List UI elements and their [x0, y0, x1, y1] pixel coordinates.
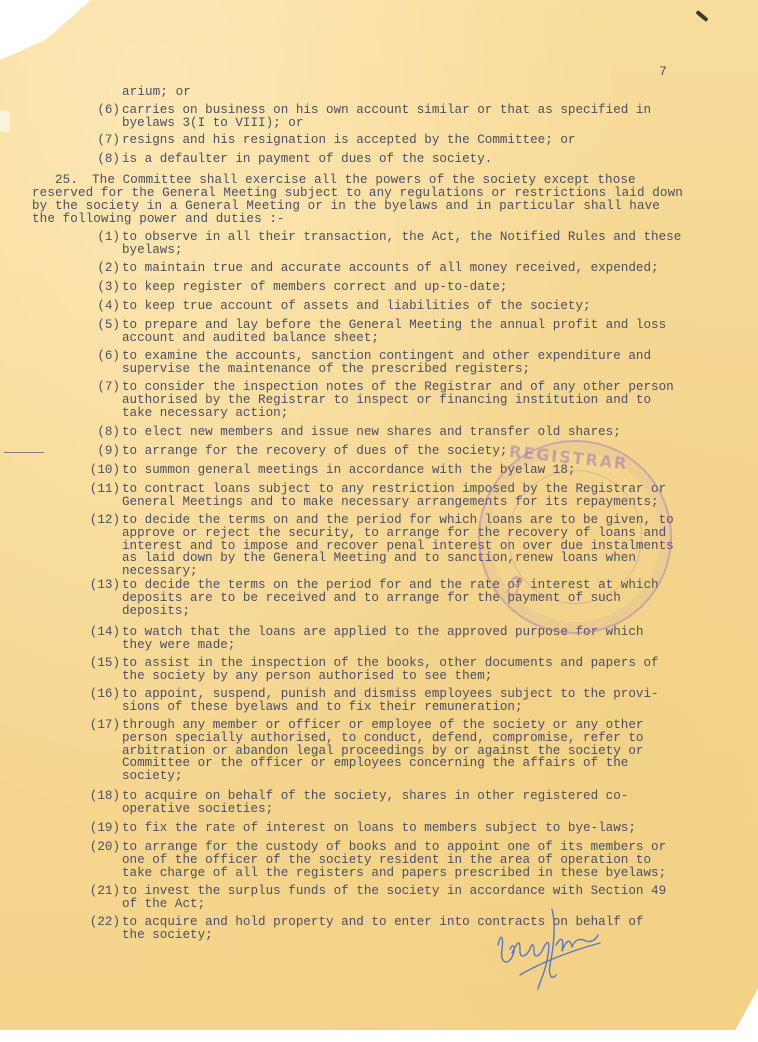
section-25-intro-line-2: reserved for the General Meeting subject… — [32, 187, 683, 200]
item-number: (7) — [84, 381, 120, 394]
list-item: (14)to watch that the loans are applied … — [122, 626, 722, 652]
list-item: (15)to assist in the inspection of the b… — [122, 657, 722, 683]
section-25-intro-line-3: by the society in a General Meeting or i… — [32, 200, 660, 213]
list-item: (6)carries on business on his own accoun… — [122, 104, 722, 130]
list-item: (19)to fix the rate of interest on loans… — [122, 822, 722, 835]
list-item: (13)to decide the terms on the period fo… — [122, 579, 722, 617]
page-number: 7 — [659, 64, 667, 79]
list-item: (22)to acquire and hold property and to … — [122, 916, 722, 942]
signature-icon — [490, 905, 620, 995]
list-item: (8)to elect new members and issue new sh… — [122, 426, 722, 439]
item-number: (10) — [84, 464, 120, 477]
item-text: to watch that the loans are applied to t… — [122, 626, 722, 652]
list-item: (2)to maintain true and accurate account… — [122, 262, 722, 275]
item-text: to maintain true and accurate accounts o… — [122, 262, 722, 275]
list-item: (12)to decide the terms on and the perio… — [122, 514, 722, 578]
item-number: (1) — [84, 231, 120, 244]
item-text: to keep register of members correct and … — [122, 281, 722, 294]
document-page: 7 arium; or (6)carries on business on hi… — [0, 0, 758, 1030]
item-text: to summon general meetings in accordance… — [122, 464, 722, 477]
item-number: (21) — [84, 885, 120, 898]
item-number: (3) — [84, 281, 120, 294]
item-text: to arrange for the recovery of dues of t… — [122, 445, 722, 458]
list-item: (11)to contract loans subject to any res… — [122, 483, 722, 509]
paper-tear — [0, 110, 10, 132]
item-number: (12) — [84, 514, 120, 527]
item-number: (13) — [84, 579, 120, 592]
list-item: (17)through any member or officer or emp… — [122, 719, 722, 783]
item-text: to prepare and lay before the General Me… — [122, 319, 722, 345]
item-text: resigns and his resignation is accepted … — [122, 134, 722, 147]
item-number: (19) — [84, 822, 120, 835]
item-number: (8) — [84, 153, 120, 166]
item-text: to assist in the inspection of the books… — [122, 657, 722, 683]
item-number: (17) — [84, 719, 120, 732]
item-text: to examine the accounts, sanction contin… — [122, 350, 722, 376]
item-number: (18) — [84, 790, 120, 803]
continuation-fragment: arium; or — [122, 86, 191, 99]
list-item: (16)to appoint, suspend, punish and dism… — [122, 688, 722, 714]
item-text: to consider the inspection notes of the … — [122, 381, 722, 419]
item-number: (16) — [84, 688, 120, 701]
item-number: (8) — [84, 426, 120, 439]
item-text: to decide the terms on and the period fo… — [122, 514, 722, 578]
list-item: (21)to invest the surplus funds of the s… — [122, 885, 722, 911]
item-text: to appoint, suspend, punish and dismiss … — [122, 688, 722, 714]
item-text: to acquire on behalf of the society, sha… — [122, 790, 722, 816]
list-item: (20)to arrange for the custody of books … — [122, 841, 722, 879]
list-item: (10)to summon general meetings in accord… — [122, 464, 722, 477]
staple-mark-icon — [695, 10, 708, 22]
list-item: (8)is a defaulter in payment of dues of … — [122, 153, 722, 166]
item-number: (14) — [84, 626, 120, 639]
item-number: (11) — [84, 483, 120, 496]
item-text: to observe in all their transaction, the… — [122, 231, 722, 257]
item-text: to decide the terms on the period for an… — [122, 579, 722, 617]
item-text: to acquire and hold property and to ente… — [122, 916, 722, 942]
item-number: (4) — [84, 300, 120, 313]
item-number: (5) — [84, 319, 120, 332]
item-number: (2) — [84, 262, 120, 275]
item-text: to invest the surplus funds of the socie… — [122, 885, 722, 911]
list-item: (9)to arrange for the recovery of dues o… — [122, 445, 722, 458]
section-25-intro-line-4: the following power and duties :- — [32, 213, 285, 226]
item-text: to keep true account of assets and liabi… — [122, 300, 722, 313]
item-number: (6) — [84, 104, 120, 117]
list-item: (4)to keep true account of assets and li… — [122, 300, 722, 313]
item-text: carries on business on his own account s… — [122, 104, 722, 130]
list-item: (7)to consider the inspection notes of t… — [122, 381, 722, 419]
item-text: to fix the rate of interest on loans to … — [122, 822, 722, 835]
list-item: (6)to examine the accounts, sanction con… — [122, 350, 722, 376]
item-text: to contract loans subject to any restric… — [122, 483, 722, 509]
item-number: (7) — [84, 134, 120, 147]
item-number: (9) — [84, 445, 120, 458]
list-item: (18)to acquire on behalf of the society,… — [122, 790, 722, 816]
section-25-intro-line-1: The Committee shall exercise all the pow… — [92, 174, 636, 187]
list-item: (3)to keep register of members correct a… — [122, 281, 722, 294]
item-number: (6) — [84, 350, 120, 363]
list-item: (1)to observe in all their transaction, … — [122, 231, 722, 257]
item-number: (20) — [84, 841, 120, 854]
item-text: through any member or officer or employe… — [122, 719, 722, 783]
list-item: (7)resigns and his resignation is accept… — [122, 134, 722, 147]
item-text: to elect new members and issue new share… — [122, 426, 722, 439]
item-text: to arrange for the custody of books and … — [122, 841, 722, 879]
item-text: is a defaulter in payment of dues of the… — [122, 153, 722, 166]
margin-mark — [4, 452, 44, 453]
item-number: (22) — [84, 916, 120, 929]
section-25-number: 25. — [55, 174, 78, 187]
list-item: (5)to prepare and lay before the General… — [122, 319, 722, 345]
item-number: (15) — [84, 657, 120, 670]
